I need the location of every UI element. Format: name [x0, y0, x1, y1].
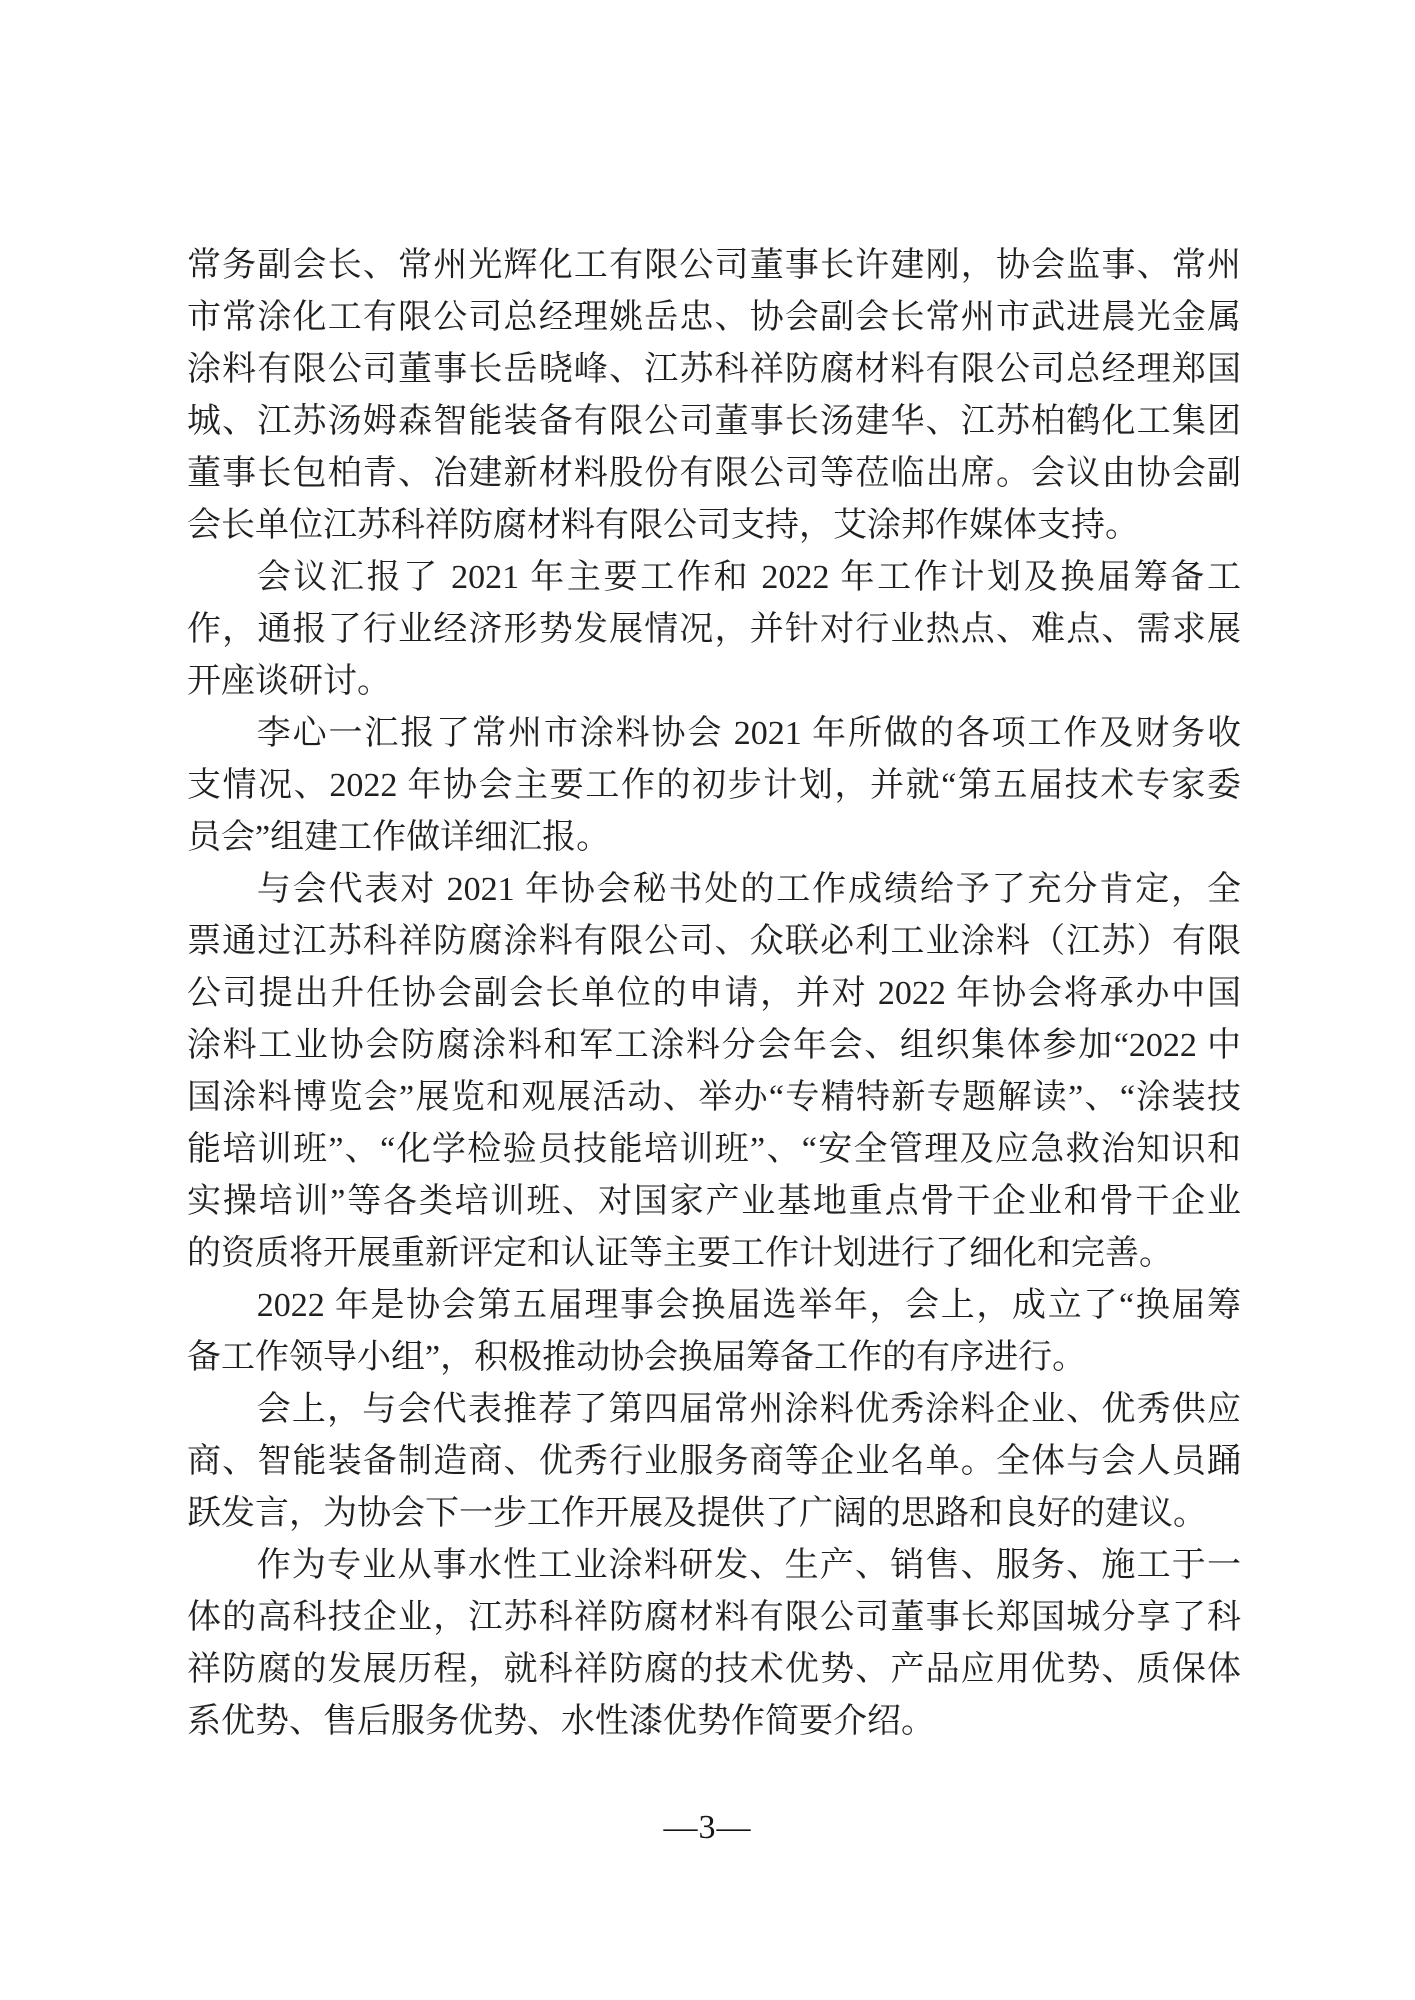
text-line: 作，通报了行业经济形势发展情况，并针对行业热点、难点、需求展: [187, 604, 1241, 656]
document-page: 常务副会长、常州光辉化工有限公司董事长许建刚，协会监事、常州市常涂化工有限公司总…: [0, 0, 1415, 2000]
text-line: 与会代表对 2021 年协会秘书处的工作成绩给予了充分肯定，全: [187, 864, 1241, 916]
text-line: 常务副会长、常州光辉化工有限公司董事长许建刚，协会监事、常州: [187, 240, 1241, 292]
text-line: 备工作领导小组”，积极推动协会换届筹备工作的有序进行。: [187, 1332, 1241, 1384]
text-line: 公司提出升任协会副会长单位的申请，并对 2022 年协会将承办中国: [187, 968, 1241, 1020]
text-line: 票通过江苏科祥防腐涂料有限公司、众联必利工业涂料（江苏）有限: [187, 916, 1241, 968]
text-line: 体的高科技企业，江苏科祥防腐材料有限公司董事长郑国城分享了科: [187, 1592, 1241, 1644]
text-line: 跃发言，为协会下一步工作开展及提供了广阔的思路和良好的建议。: [187, 1488, 1241, 1540]
text-line: 国涂料博览会”展览和观展活动、举办“专精特新专题解读”、“涂装技: [187, 1072, 1241, 1124]
text-line: 2022 年是协会第五届理事会换届选举年，会上，成立了“换届筹: [187, 1280, 1241, 1332]
text-line: 开座谈研讨。: [187, 656, 1241, 708]
text-line: 市常涂化工有限公司总经理姚岳忠、协会副会长常州市武进晨光金属: [187, 292, 1241, 344]
text-line: 系优势、售后服务优势、水性漆优势作简要介绍。: [187, 1696, 1241, 1748]
text-line: 涂料工业协会防腐涂料和军工涂料分会年会、组织集体参加“2022 中: [187, 1020, 1241, 1072]
text-line: 祥防腐的发展历程，就科祥防腐的技术优势、产品应用优势、质保体: [187, 1644, 1241, 1696]
text-line: 实操培训”等各类培训班、对国家产业基地重点骨干企业和骨干企业: [187, 1176, 1241, 1228]
page-number: —3—: [0, 1806, 1415, 1850]
text-line: 李心一汇报了常州市涂料协会 2021 年所做的各项工作及财务收: [187, 708, 1241, 760]
document-body: 常务副会长、常州光辉化工有限公司董事长许建刚，协会监事、常州市常涂化工有限公司总…: [187, 240, 1241, 1748]
text-line: 会议汇报了 2021 年主要工作和 2022 年工作计划及换届筹备工: [187, 552, 1241, 604]
text-line: 的资质将开展重新评定和认证等主要工作计划进行了细化和完善。: [187, 1228, 1241, 1280]
text-line: 作为专业从事水性工业涂料研发、生产、销售、服务、施工于一: [187, 1540, 1241, 1592]
text-line: 会长单位江苏科祥防腐材料有限公司支持，艾涂邦作媒体支持。: [187, 500, 1241, 552]
text-line: 涂料有限公司董事长岳晓峰、江苏科祥防腐材料有限公司总经理郑国: [187, 344, 1241, 396]
text-line: 员会”组建工作做详细汇报。: [187, 812, 1241, 864]
text-line: 商、智能装备制造商、优秀行业服务商等企业名单。全体与会人员踊: [187, 1436, 1241, 1488]
text-line: 支情况、2022 年协会主要工作的初步计划，并就“第五届技术专家委: [187, 760, 1241, 812]
text-line: 董事长包柏青、冶建新材料股份有限公司等莅临出席。会议由协会副: [187, 448, 1241, 500]
text-line: 会上，与会代表推荐了第四届常州涂料优秀涂料企业、优秀供应: [187, 1384, 1241, 1436]
text-line: 能培训班”、“化学检验员技能培训班”、“安全管理及应急救治知识和: [187, 1124, 1241, 1176]
text-line: 城、江苏汤姆森智能装备有限公司董事长汤建华、江苏柏鹤化工集团: [187, 396, 1241, 448]
